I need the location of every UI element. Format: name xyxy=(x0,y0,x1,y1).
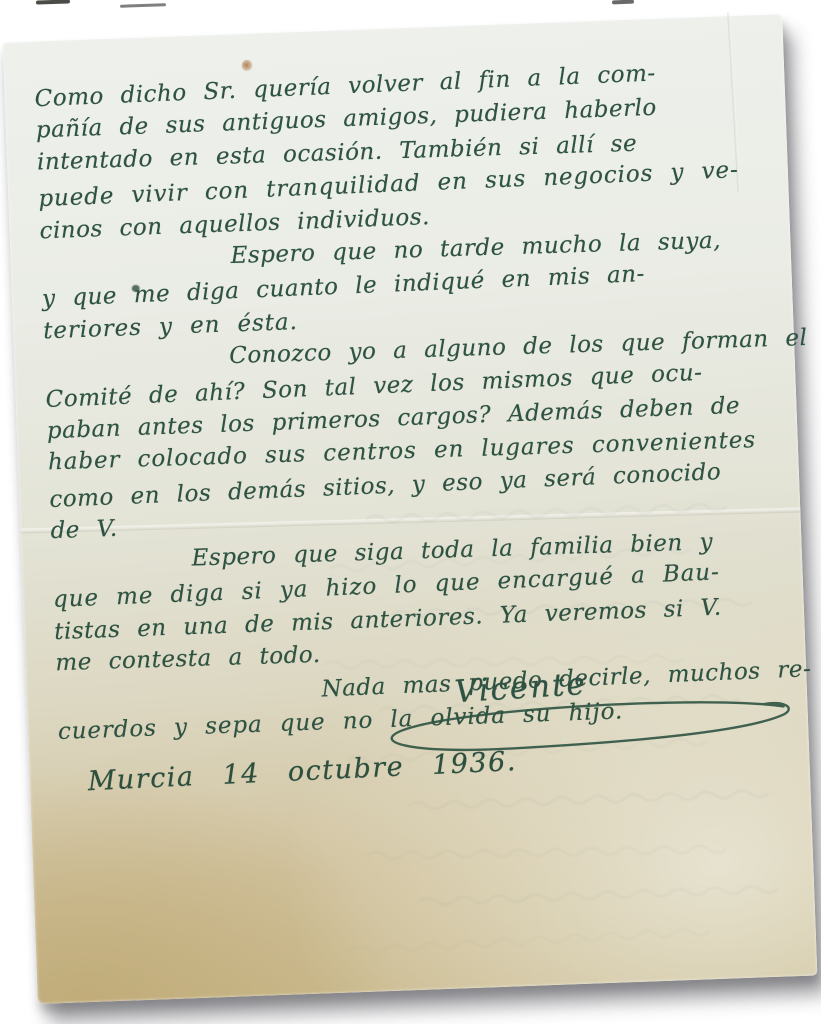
photo-edge-artifact xyxy=(36,0,70,5)
letter-paper: Como dicho Sr. quería volver al fin a la… xyxy=(3,14,818,1004)
stain-mark xyxy=(241,59,252,71)
photo-edge-artifact xyxy=(612,0,634,4)
photo-edge-artifact xyxy=(120,3,166,8)
letter-text: Como dicho Sr. quería volver al fin a la… xyxy=(34,55,784,749)
letter-photo: Como dicho Sr. quería volver al fin a la… xyxy=(0,0,821,1024)
